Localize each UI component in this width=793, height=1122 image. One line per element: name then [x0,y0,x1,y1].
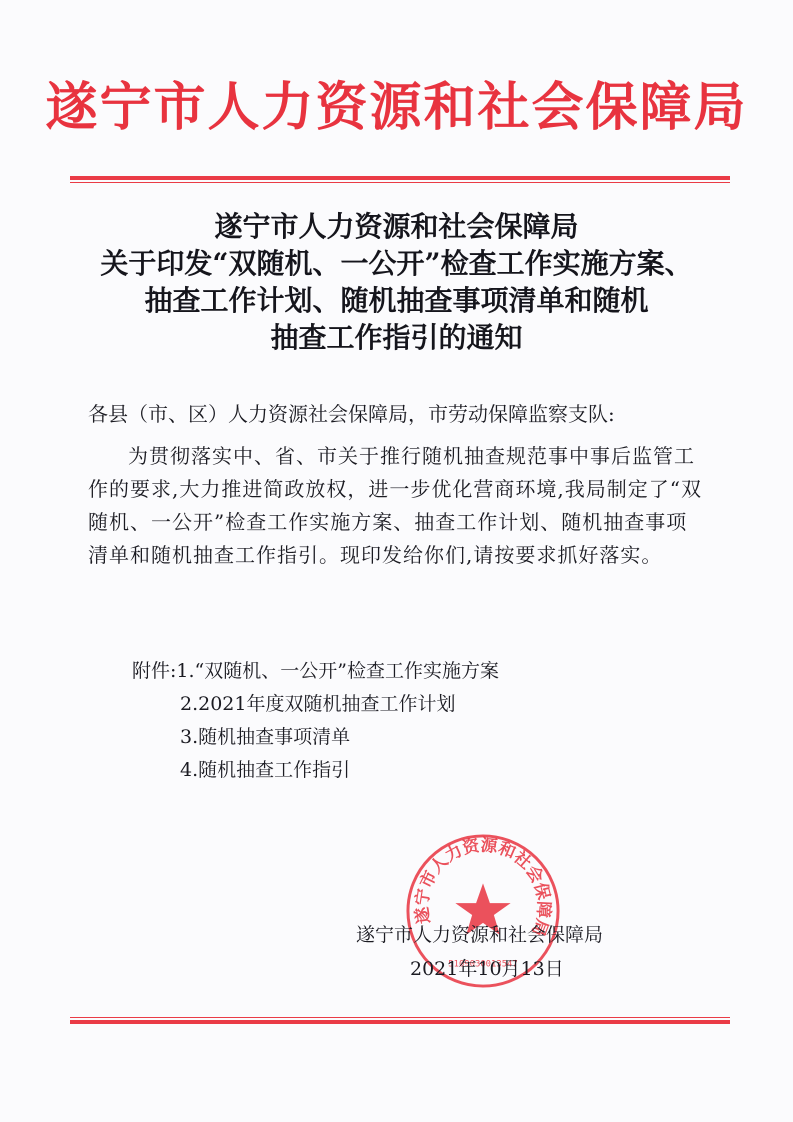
document-masthead: 遂宁市人力资源和社会保障局 [0,78,793,138]
attachment-item: 3.随机抽查事项清单 [132,721,499,754]
attachment-item: 2.2021年度双随机抽查工作计划 [132,688,499,721]
attachments-label: 附件: [132,660,176,682]
attachment-item: 1.“双随机、一公开”检查工作实施方案 [176,660,499,682]
title-line: 关于印发“双随机、一公开”检查工作实施方案、 [0,245,793,282]
body-paragraph: 为贯彻落实中、省、市关于推行随机抽查规范事中事后监管工作的要求,大力推进简政放权… [88,440,708,572]
signature-block: 遂宁市人力资源和社会保障局 2021年10月13日 [356,918,603,986]
salutation: 各县（市、区）人力资源社会保障局，市劳动保障监察支队: [88,398,708,431]
attachment-item: 4.随机抽查工作指引 [132,754,499,787]
attachments-list: 附件:1.“双随机、一公开”检查工作实施方案 2.2021年度双随机抽查工作计划… [132,655,499,787]
header-red-rule [70,176,730,183]
footer-red-rule [70,1017,730,1024]
title-line: 抽查工作计划、随机抽查事项清单和随机 [0,282,793,319]
title-line: 抽查工作指引的通知 [0,319,793,356]
title-line: 遂宁市人力资源和社会保障局 [0,208,793,245]
signature-date: 2021年10月13日 [356,952,603,986]
document-title: 遂宁市人力资源和社会保障局 关于印发“双随机、一公开”检查工作实施方案、 抽查工… [0,208,793,356]
signature-org: 遂宁市人力资源和社会保障局 [356,918,603,952]
